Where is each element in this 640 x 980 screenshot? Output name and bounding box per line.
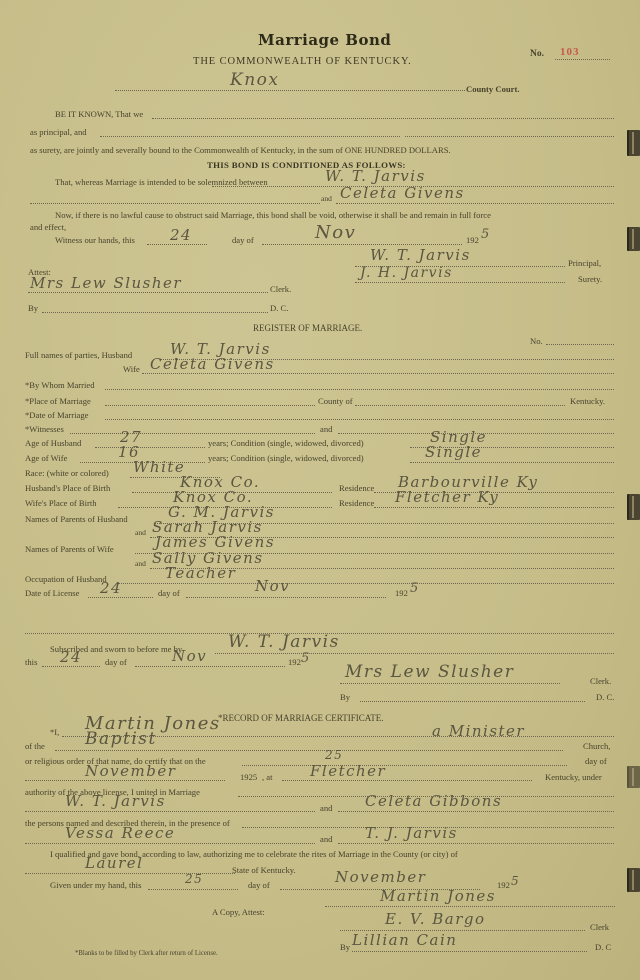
husband-parents-and: and [135, 528, 146, 537]
year-suffix-handwritten: 5 [481, 228, 491, 241]
given-month-handwritten: November [335, 870, 426, 885]
age-husband-label: Age of Husband [25, 438, 81, 448]
license-day-of-label: day of [158, 588, 180, 598]
given-year-prefix: 192 [497, 880, 510, 890]
binder-ring [627, 130, 640, 156]
race-label: Race: (white or colored) [25, 468, 109, 478]
year-prefix: 192 [466, 235, 479, 245]
wife-name-label: Wife [123, 364, 140, 374]
sworn-clerk-signature: Mrs Lew Slusher [345, 664, 514, 681]
certificate-heading: *RECORD OF MARRIAGE CERTIFICATE. [218, 713, 383, 723]
license-date-label: Date of License [25, 588, 79, 598]
wife-father-handwritten: James Givens [155, 535, 275, 550]
cert-clerk-signature: E. V. Bargo [385, 912, 486, 927]
sworn-day-handwritten: 24 [60, 650, 82, 665]
cert-clerk-label: Clerk [590, 922, 609, 932]
party1-handwritten: W. T. Jarvis [325, 169, 426, 184]
county-handwritten: Knox [230, 72, 279, 89]
copy-attest-label: A Copy, Attest: [212, 907, 265, 917]
as-principal-label: as principal, and [30, 127, 87, 137]
condition-wife-handwritten: Single [425, 445, 482, 460]
condition-label-husband: years; Condition (single, widowed, divor… [208, 438, 364, 448]
binder-ring [627, 766, 640, 788]
officiant-signature: Martin Jones [380, 889, 496, 904]
cert-of-the-label: of the [25, 741, 45, 751]
sworn-year-suffix-handwritten: 5 [301, 652, 311, 665]
wife-parents-and: and [135, 559, 146, 568]
wife-residence-label: Residence [339, 498, 374, 508]
county-court-label: County Court. [466, 84, 519, 94]
be-it-known-label: BE IT KNOWN, That we [55, 109, 143, 119]
cert-by-label: By [340, 942, 350, 952]
cert-i-label: *I, [50, 727, 59, 737]
principal-signature: W. T. Jarvis [370, 248, 471, 263]
witnesses-label: *Witnesses [25, 424, 64, 434]
race-handwritten: White [133, 460, 185, 475]
sworn-clerk-label: Clerk. [590, 676, 611, 686]
given-day-of-label: day of [248, 880, 270, 890]
bond-number: 103 [560, 46, 580, 58]
place-of-marriage-label: *Place of Marriage [25, 396, 91, 406]
condition-label-wife: years; Condition (single, widowed, divor… [208, 453, 364, 463]
witness-month-handwritten: Nov [315, 224, 356, 242]
given-day-handwritten: 25 [185, 873, 203, 885]
witness-day-handwritten: 24 [170, 228, 192, 243]
given-year-suffix-handwritten: 5 [511, 875, 520, 887]
sworn-this-label: this [25, 657, 37, 667]
clerk-label: Clerk. [270, 284, 291, 294]
witness-label: Witness our hands, this [55, 235, 135, 245]
surety-sentence: as surety, are jointly and severally bou… [30, 145, 451, 155]
kentucky-label: Kentucky. [570, 396, 605, 406]
bride-handwritten: Celeta Gibbons [365, 794, 502, 809]
bond-number-label: No. [530, 49, 544, 59]
principal-label: Principal, [568, 258, 601, 268]
witness2-handwritten: T. J. Jarvis [365, 826, 458, 841]
sworn-month-handwritten: Nov [172, 649, 207, 664]
cert-dc-signature: Lillian Cain [352, 933, 457, 948]
clerk-signature: Mrs Lew Slusher [30, 276, 182, 291]
license-month-handwritten: Nov [255, 579, 290, 594]
license-day-handwritten: 24 [100, 581, 122, 596]
wife-name-handwritten: Celeta Givens [150, 357, 275, 372]
by-whom-label: *By Whom Married [25, 380, 95, 390]
register-heading: REGISTER OF MARRIAGE. [253, 323, 362, 333]
binder-ring [627, 494, 640, 520]
cert-dc-label: D. C [595, 942, 611, 952]
age-wife-label: Age of Wife [25, 453, 67, 463]
officiant-title-handwritten: a Minister [432, 724, 525, 739]
document-subtitle: THE COMMONWEALTH OF KENTUCKY. [193, 56, 412, 67]
date-of-marriage-label: *Date of Marriage [25, 410, 88, 420]
presence-and-label: and [320, 834, 332, 844]
church-label: Church, [583, 741, 610, 751]
by-label: By [28, 303, 38, 313]
united-and-label: and [320, 803, 332, 813]
groom-handwritten: W. T. Jarvis [65, 794, 166, 809]
dc-label: D. C. [270, 303, 288, 313]
binder-ring [627, 868, 640, 892]
and-label: and [321, 194, 332, 203]
given-under-hand-text: Given under my hand, this [50, 880, 141, 890]
sworn-day-of-label: day of [105, 657, 127, 667]
cert-at-label: , at [262, 772, 273, 782]
state-of-kentucky-label: State of Kentucky. [232, 865, 296, 875]
sworn-year-prefix: 192 [288, 657, 301, 667]
kentucky-under-label: Kentucky, under [545, 772, 602, 782]
sworn-dc-label: D. C. [596, 692, 614, 702]
cert-day-handwritten: 25 [325, 749, 343, 761]
sworn-by-label: By [340, 692, 350, 702]
party2-handwritten: Celeta Givens [340, 186, 465, 201]
husband-residence-label: Residence [339, 483, 374, 493]
and-effect-label: and effect, [30, 222, 66, 232]
day-of-label: day of [232, 235, 254, 245]
wife-residence-handwritten: Fletcher Ky [395, 490, 499, 505]
footnote: *Blanks to be filled by Clerk after retu… [75, 950, 218, 957]
license-year-suffix-handwritten: 5 [410, 582, 420, 595]
occupation-label: Occupation of Husband [25, 574, 107, 584]
license-year-prefix: 192 [395, 588, 408, 598]
wife-parents-label: Names of Parents of Wife [25, 544, 114, 554]
wife-birthplace-label: Wife's Place of Birth [25, 498, 97, 508]
county-of-label: County of [318, 396, 353, 406]
county-handwritten-cert: Laurel [85, 856, 143, 871]
surety-label: Surety. [578, 274, 602, 284]
cert-year: 1925 [240, 772, 257, 782]
cert-day-of-label: day of [585, 756, 607, 766]
husband-birthplace-label: Husband's Place of Birth [25, 483, 110, 493]
occupation-handwritten: Teacher [165, 566, 236, 581]
surety-signature: J. H. Jarvis [360, 266, 453, 280]
cert-place-handwritten: Fletcher [310, 764, 386, 779]
husband-parents-label: Names of Parents of Husband [25, 514, 128, 524]
register-number-label: No. [530, 336, 543, 346]
church-handwritten: Baptist [85, 731, 157, 748]
husband-name-label: Full names of parties, Husband [25, 350, 132, 360]
witnesses-and-label: and [320, 424, 332, 434]
binder-ring [627, 227, 640, 251]
subscribed-name-handwritten: W. T. Jarvis [228, 634, 340, 651]
witness1-handwritten: Vessa Reece [65, 826, 175, 841]
now-sentence: Now, if there is no lawful cause to obst… [55, 210, 491, 220]
document-title: Marriage Bond [258, 31, 391, 49]
cert-month-handwritten: November [85, 764, 176, 779]
